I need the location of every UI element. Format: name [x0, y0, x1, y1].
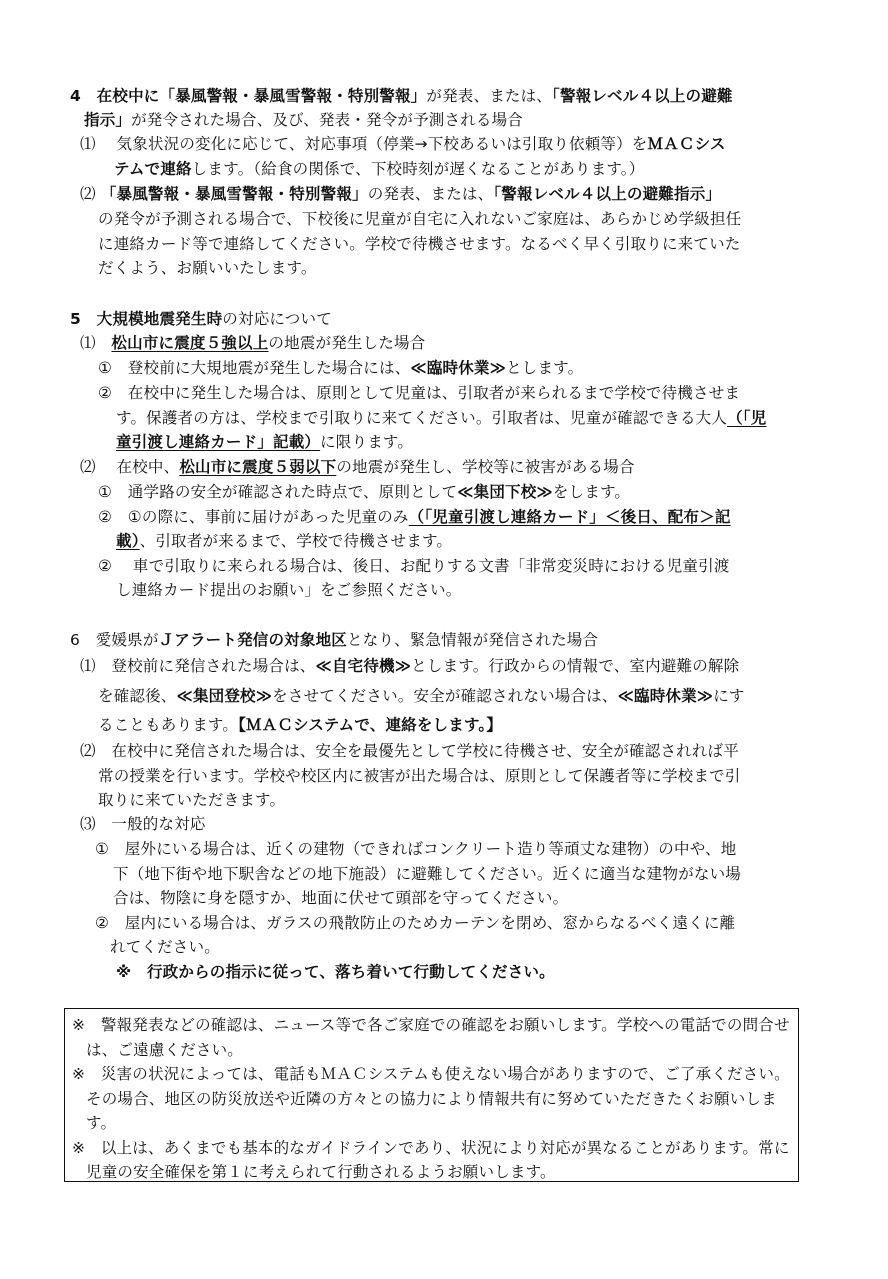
section-4-heading-line-1: 4 在校中に「暴風警報・暴風雪警報・特別警報」が発表、または、「警報レベル４以上…	[70, 84, 733, 108]
text-run: ② 屋内にいる場合は、ガラスの飛散防止のためカーテンを閉め、窓からなるべく遠くに…	[95, 914, 735, 932]
section-5-item-2-line-6: し連絡カード提出のお願い」をご参照ください。	[116, 578, 461, 602]
text-run: （「児	[727, 409, 766, 427]
text-run: 5 大規模地震発生時	[70, 310, 222, 328]
section-5-item-1-line-1: ⑴ 松山市に震度５強以上の地震が発生した場合	[80, 331, 425, 355]
text-run: 下（地下街や地下駅舎などの地下施設）に避難してください。近くに適当な建物がない場	[113, 865, 741, 883]
text-run: します。（給食の関係で、下校時刻が遅くなることがあります。）	[192, 160, 645, 178]
section-5-heading: 5 大規模地震発生時の対応について	[70, 307, 332, 331]
text-run: ⑴	[80, 334, 111, 352]
section-5-item-1-line-5: 童引渡し連絡カード」記載）に限ります。	[116, 430, 413, 454]
text-run: （「児童引渡し連絡カード」＜後日、配布＞記	[409, 508, 731, 526]
section-6-heading: 6 愛媛県がＪアラート発信の対象地区となり、緊急情報が発信された場合	[70, 628, 598, 652]
text-run: の対応について	[222, 310, 332, 328]
text-run: ① 登校前に大規地震が発生した場合には、	[98, 359, 410, 377]
section-6-item-2-line-1: ⑵ 在校中に発信された場合は、安全を最優先として学校に待機させ、安全が確認されれ…	[80, 739, 739, 763]
text-run: 4 在校中に「暴風警報・暴風雪警報・特別警報」	[70, 87, 426, 105]
section-6-item-2-line-2: 常の授業を行います。学校や校区内に被害が出た場合は、原則として保護者等に学校まで…	[98, 764, 740, 788]
text-run: ※ 行政からの指示に従って、落ち着いて行動してください。	[116, 963, 555, 981]
text-run: テムで連絡	[114, 160, 192, 178]
section-5-item-1-line-3: ② 在校中に発生した場合は、原則として児童は、引取者が来られるまで学校で待機させ…	[98, 381, 740, 405]
text-run: 「警報レベル４以上の避難	[552, 87, 733, 105]
text-run: の地震が発生した場合	[268, 334, 425, 352]
text-run: ② ①の際に、事前に届けがあった児童のみ	[98, 508, 409, 526]
section-6-item-3-line-1: ⑶ 一般的な対応	[80, 812, 206, 836]
text-run: ⑴ 登校前に発信された場合は、	[80, 657, 316, 675]
section-6-item-1-line-3: ることもあります。【ＭＡＣシステムで、連絡をします。】	[98, 713, 502, 737]
section-4-item-1-line-1: ⑴ 気象状況の変化に応じて、対応事項（停業→下校あるいは引取り依頼等）をＭＡＣシ…	[80, 132, 726, 156]
text-run: Ｊアラート発信の対象地区	[159, 631, 347, 649]
text-run: ② 在校中に発生した場合は、原則として児童は、引取者が来られるまで学校で待機させ…	[98, 384, 740, 402]
text-run: ≪集団登校≫	[177, 687, 273, 705]
document-page: 4 在校中に「暴風警報・暴風雪警報・特別警報」が発表、または、「警報レベル４以上…	[0, 0, 888, 1279]
section-5-item-2-line-3: ② ①の際に、事前に届けがあった児童のみ（「児童引渡し連絡カード」＜後日、配布＞…	[98, 505, 731, 529]
note-2-line-3: す。	[86, 1111, 116, 1135]
section-5-item-1-line-4: す。保護者の方は、学校まで引取りに来てください。引取者は、児童が確認できる大人（…	[116, 406, 766, 430]
text-run: ＭＡＣシス	[648, 135, 726, 153]
section-6-item-3-line-7: ※ 行政からの指示に従って、落ち着いて行動してください。	[116, 960, 555, 984]
section-5-item-2-line-5: ② 車で引取りに来られる場合は、後日、お配りする文書「非常変災時における児童引渡	[98, 554, 730, 578]
text-run: の発表、または、	[368, 185, 494, 203]
section-6-item-3-line-2: ① 屋外にいる場合は、近くの建物（できればコンクリート造り等頑丈な建物）の中や、…	[95, 837, 736, 861]
text-run: だくよう、お願いいたします。	[98, 259, 317, 277]
text-run: 、引取者が来るまで、学校で待機させます。	[140, 532, 452, 550]
text-run: に限ります。	[320, 433, 413, 451]
text-run: をさせてください。安全が確認されない場合は、	[272, 687, 617, 705]
text-run: 取りに来ていただきます。	[98, 791, 285, 809]
note-3-line-2: 児童の安全確保を第１に考えられて行動されるようお願いします。	[86, 1160, 556, 1184]
text-run: とします。行政からの情報で、室内避難の解除	[411, 657, 739, 675]
note-3-line-1: ※ 以上は、あくまでも基本的なガイドラインであり、状況により対応が異なることがあ…	[72, 1136, 790, 1160]
section-4-item-2-line-4: だくよう、お願いいたします。	[98, 256, 317, 280]
section-4-item-2-line-2: の発令が予測される場合で、下校後に児童が自宅に入れないご家庭は、あらかじめ学級担…	[98, 207, 741, 231]
text-run: の発令が予測される場合で、下校後に児童が自宅に入れないご家庭は、あらかじめ学級担…	[98, 210, 741, 228]
section-5-item-2-line-2: ① 通学路の安全が確認された時点で、原則として≪集団下校≫をします。	[98, 480, 630, 504]
text-run: ⑵	[80, 185, 101, 203]
text-run: ⑴ 気象状況の変化に応じて、対応事項（停業→下校あるいは引取り依頼等）を	[80, 135, 648, 153]
text-run: ⑵ 在校中に発信された場合は、安全を最優先として学校に待機させ、安全が確認されれ…	[80, 742, 739, 760]
text-run: 【ＭＡＣシステムで、連絡をします。】	[238, 716, 502, 734]
text-run: 指示」	[84, 111, 131, 129]
text-run: 合は、物陰に身を隠すか、地面に伏せて頭部を守ってください。	[113, 889, 568, 907]
section-6-item-3-line-4: 合は、物陰に身を隠すか、地面に伏せて頭部を守ってください。	[113, 886, 568, 910]
section-6-item-2-line-3: 取りに来ていただきます。	[98, 788, 285, 812]
text-run: ることもあります。	[98, 716, 238, 734]
section-4-item-2-line-1: ⑵ 「暴風警報・暴風雪警報・特別警報」の発表、または、「警報レベル４以上の避難指…	[80, 182, 721, 206]
section-6-item-3-line-3: 下（地下街や地下駅舎などの地下施設）に避難してください。近くに適当な建物がない場	[113, 862, 741, 886]
text-run: 松山市に震度５弱以下	[179, 458, 336, 476]
text-run: 「暴風警報・暴風雪警報・特別警報」	[101, 185, 368, 203]
section-6-item-1-line-1: ⑴ 登校前に発信された場合は、≪自宅待機≫とします。行政からの情報で、室内避難の…	[80, 654, 739, 678]
text-run: す。保護者の方は、学校まで引取りに来てください。引取者は、児童が確認できる大人	[116, 409, 727, 427]
section-4-heading-line-2: 指示」が発令された場合、及び、発表・発令が予測される場合	[84, 108, 523, 132]
section-6-item-1-line-2: を確認後、≪集団登校≫をさせてください。安全が確認されない場合は、≪臨時休業≫に…	[98, 684, 745, 708]
text-run: が発令された場合、及び、発表・発令が予測される場合	[131, 111, 523, 129]
section-4-item-1-line-2: テムで連絡します。（給食の関係で、下校時刻が遅くなることがあります。）	[114, 157, 644, 181]
section-5-item-2-line-4: 載）、引取者が来るまで、学校で待機させます。	[116, 529, 452, 553]
text-run: とします。	[506, 359, 583, 377]
text-run: となり、緊急情報が発信された場合	[347, 631, 598, 649]
text-run: の地震が発生し、学校等に被害がある場合	[336, 458, 634, 476]
section-6-item-3-line-6: れてください。	[110, 935, 220, 959]
text-run: にす	[713, 687, 744, 705]
text-run: ≪自宅待機≫	[316, 657, 412, 675]
text-run: ① 屋外にいる場合は、近くの建物（できればコンクリート造り等頑丈な建物）の中や、…	[95, 840, 736, 858]
text-run: 童引渡し連絡カード」記載）	[116, 433, 320, 451]
text-run: を確認後、	[98, 687, 177, 705]
text-run: 常の授業を行います。学校や校区内に被害が出た場合は、原則として保護者等に学校まで…	[98, 767, 740, 785]
section-5-item-2-line-1: ⑵ 在校中、松山市に震度５弱以下の地震が発生し、学校等に被害がある場合	[80, 455, 635, 479]
text-run: ⑵ 在校中、	[80, 458, 179, 476]
text-run: ① 通学路の安全が確認された時点で、原則として	[98, 483, 457, 501]
text-run: れてください。	[110, 938, 220, 956]
section-5-item-1-line-2: ① 登校前に大規地震が発生した場合には、≪臨時休業≫とします。	[98, 356, 583, 380]
text-run: 載）	[116, 532, 140, 550]
text-run: ② 車で引取りに来られる場合は、後日、お配りする文書「非常変災時における児童引渡	[98, 557, 730, 575]
note-1-line-2: は、ご遠慮ください。	[86, 1038, 243, 1062]
note-1-line-1: ※ 警報発表などの確認は、ニュース等で各ご家庭での確認をお願いします。学校への電…	[72, 1013, 790, 1037]
section-6-item-3-line-5: ② 屋内にいる場合は、ガラスの飛散防止のためカーテンを閉め、窓からなるべく遠くに…	[95, 911, 735, 935]
text-run: が発表、または、	[426, 87, 552, 105]
text-run: 6 愛媛県が	[70, 631, 159, 649]
text-run: に連絡カード等で連絡してください。学校で待機させます。なるべく早く引取りに来てい…	[98, 235, 740, 253]
note-2-line-1: ※ 災害の状況によっては、電話もＭＡＣシステムも使えない場合がありますので、ご了…	[72, 1062, 790, 1086]
text-run: ≪集団下校≫	[457, 483, 553, 501]
text-run: ⑶ 一般的な対応	[80, 815, 206, 833]
text-run: ≪臨時休業≫	[618, 687, 714, 705]
text-run: 松山市に震度５強以上	[111, 334, 268, 352]
text-run: 「警報レベル４以上の避難指示」	[493, 185, 721, 203]
text-run: し連絡カード提出のお願い」をご参照ください。	[116, 581, 461, 599]
text-run: ≪臨時休業≫	[410, 359, 506, 377]
text-run: をします。	[553, 483, 630, 501]
section-4-item-2-line-3: に連絡カード等で連絡してください。学校で待機させます。なるべく早く引取りに来てい…	[98, 232, 740, 256]
note-2-line-2: その場合、地区の防災放送や近隣の方々との協力により情報共有に努めていただきたくお…	[86, 1087, 777, 1111]
